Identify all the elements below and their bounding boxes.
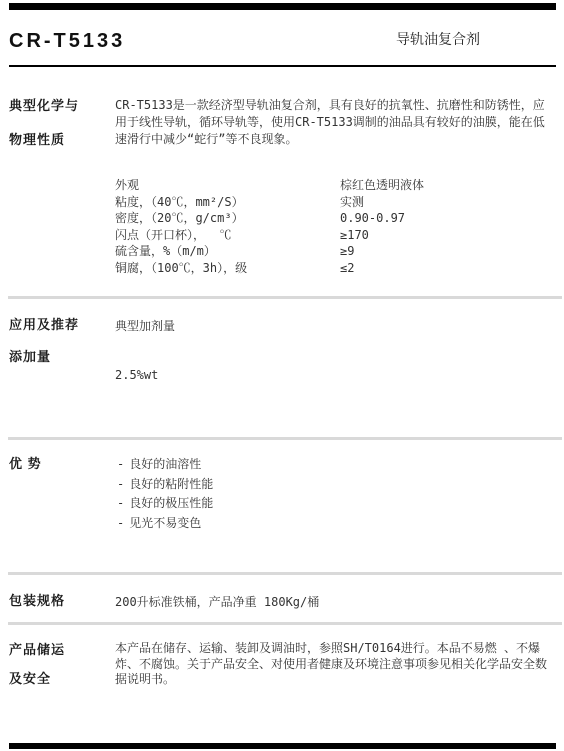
section-label-typical-properties-line2: 物理性质 [9, 132, 65, 147]
property-name: 粘度，（40℃，mm²/S） [115, 194, 340, 211]
dosage-value: 2.5%wt [115, 367, 158, 384]
section-label-application-line1: 应用及推荐 [9, 317, 79, 332]
section-label-typical-properties-line1: 典型化学与 [9, 98, 79, 113]
section-label-storage-line2: 及安全 [9, 671, 51, 686]
packaging-text: 200升标准铁桶，产品净重 180Kg/桶 [115, 594, 319, 611]
list-item: -良好的油溶性 [117, 455, 213, 475]
top-rule [9, 3, 556, 10]
property-name: 密度，（20℃，g/cm³） [115, 210, 340, 227]
bullet-dash: - [117, 457, 124, 471]
property-name: 外观 [115, 177, 340, 194]
property-name: 铜腐，（100℃，3h），级 [115, 260, 340, 277]
table-row: 铜腐，（100℃，3h），级 ≤2 [115, 260, 556, 277]
list-item: -良好的极压性能 [117, 494, 213, 514]
list-item: -见光不易变色 [117, 514, 213, 534]
property-value: ≥9 [340, 243, 556, 260]
datasheet-page: CR-T5133 导轨油复合剂 典型化学与 物理性质 CR-T5133是一款经济… [0, 0, 564, 751]
section-divider [8, 572, 562, 575]
advantage-text: 良好的粘附性能 [129, 477, 213, 491]
section-divider [8, 296, 562, 299]
advantage-text: 见光不易变色 [129, 516, 201, 530]
property-value: 棕红色透明液体 [340, 177, 556, 194]
bottom-rule [9, 743, 556, 749]
bullet-dash: - [117, 477, 124, 491]
section-label-packaging: 包装规格 [9, 593, 65, 608]
table-row: 硫含量，%（m/m） ≥9 [115, 243, 556, 260]
storage-text: 本产品在储存、运输、装卸及调油时，参照SH/T0164进行。本品不易燃 、不爆炸… [115, 641, 556, 688]
table-row: 闪点（开口杯）， ℃ ≥170 [115, 227, 556, 244]
dosage-title: 典型加剂量 [115, 318, 175, 335]
property-name: 硫含量，%（m/m） [115, 243, 340, 260]
advantage-text: 良好的极压性能 [129, 496, 213, 510]
product-code: CR-T5133 [9, 31, 125, 51]
property-value: ≤2 [340, 260, 556, 277]
section-divider [8, 622, 562, 625]
properties-table: 外观 棕红色透明液体 粘度，（40℃，mm²/S） 实测 密度，（20℃，g/c… [115, 177, 556, 276]
header-rule [9, 65, 556, 67]
table-row: 外观 棕红色透明液体 [115, 177, 556, 194]
section-label-advantages: 优 势 [9, 456, 42, 471]
advantages-list: -良好的油溶性 -良好的粘附性能 -良好的极压性能 -见光不易变色 [117, 455, 213, 533]
product-description: CR-T5133是一款经济型导轨油复合剂，具有良好的抗氧性、抗磨性和防锈性，应用… [115, 97, 556, 148]
table-row: 粘度，（40℃，mm²/S） 实测 [115, 194, 556, 211]
bullet-dash: - [117, 516, 124, 530]
section-divider [8, 437, 562, 440]
bullet-dash: - [117, 496, 124, 510]
section-label-storage-line1: 产品储运 [9, 642, 65, 657]
list-item: -良好的粘附性能 [117, 475, 213, 495]
section-label-application-line2: 添加量 [9, 349, 51, 364]
table-row: 密度，（20℃，g/cm³） 0.90-0.97 [115, 210, 556, 227]
property-name: 闪点（开口杯）， ℃ [115, 227, 340, 244]
product-name: 导轨油复合剂 [396, 33, 480, 48]
property-value: 实测 [340, 194, 556, 211]
property-value: ≥170 [340, 227, 556, 244]
advantage-text: 良好的油溶性 [129, 457, 201, 471]
property-value: 0.90-0.97 [340, 210, 556, 227]
